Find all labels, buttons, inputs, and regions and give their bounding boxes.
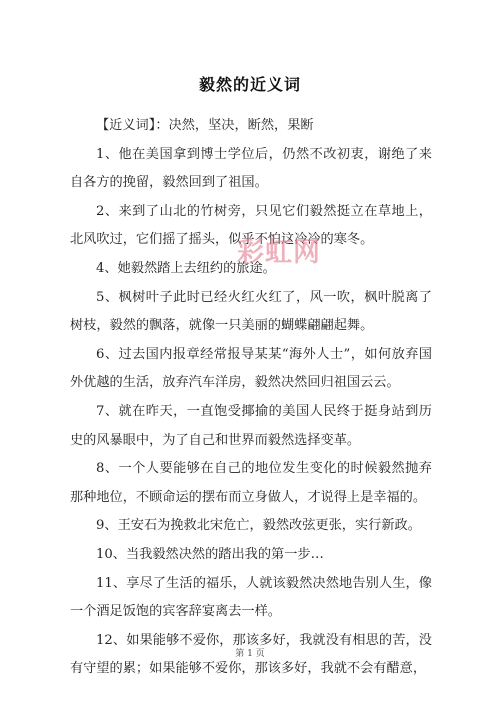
page-number: 第 1 页	[0, 646, 500, 659]
document-page: 毅然的近义词 【近义词】：决然，坚决，断然，果断 1、他在美国拿到博士学位后，仍…	[0, 0, 500, 708]
page-title: 毅然的近义词	[0, 72, 500, 95]
example-sentence-7: 7、就在昨天，一直饱受揶揄的美国人民终于挺身站到历史的风暴眼中，为了自己和世界而…	[70, 398, 432, 455]
document-body: 【近义词】：决然，坚决，断然，果断 1、他在美国拿到博士学位后，仍然不改初衷，谢…	[70, 112, 432, 684]
example-sentence-9: 9、王安石为挽救北宋危亡，毅然改弦更张，实行新政。	[70, 512, 432, 541]
example-sentence-5: 5、枫树叶子此时已经火红火红了，风一吹，枫叶脱离了树枝，毅然的飘落，就像一只美丽…	[70, 284, 432, 341]
watermark-logo: 彩虹网	[237, 230, 321, 269]
synonyms-line: 【近义词】：决然，坚决，断然，果断	[70, 112, 432, 141]
example-sentence-10: 10、当我毅然决然的踏出我的第一步…	[70, 541, 432, 570]
example-sentence-6: 6、过去国内报章经常报导某某“海外人士”，如何放弃国外优越的生活，放弃汽车洋房，…	[70, 341, 432, 398]
example-sentence-11: 11、享尽了生活的福乐，人就该毅然决然地告别人生，像一个酒足饭饱的宾客辞宴离去一…	[70, 570, 432, 627]
example-sentence-8: 8、一个人要能够在自己的地位发生变化的时候毅然抛弃那种地位，不顾命运的摆布而立身…	[70, 455, 432, 512]
example-sentence-1: 1、他在美国拿到博士学位后，仍然不改初衷，谢绝了来自各方的挽留，毅然回到了祖国。	[70, 141, 432, 198]
